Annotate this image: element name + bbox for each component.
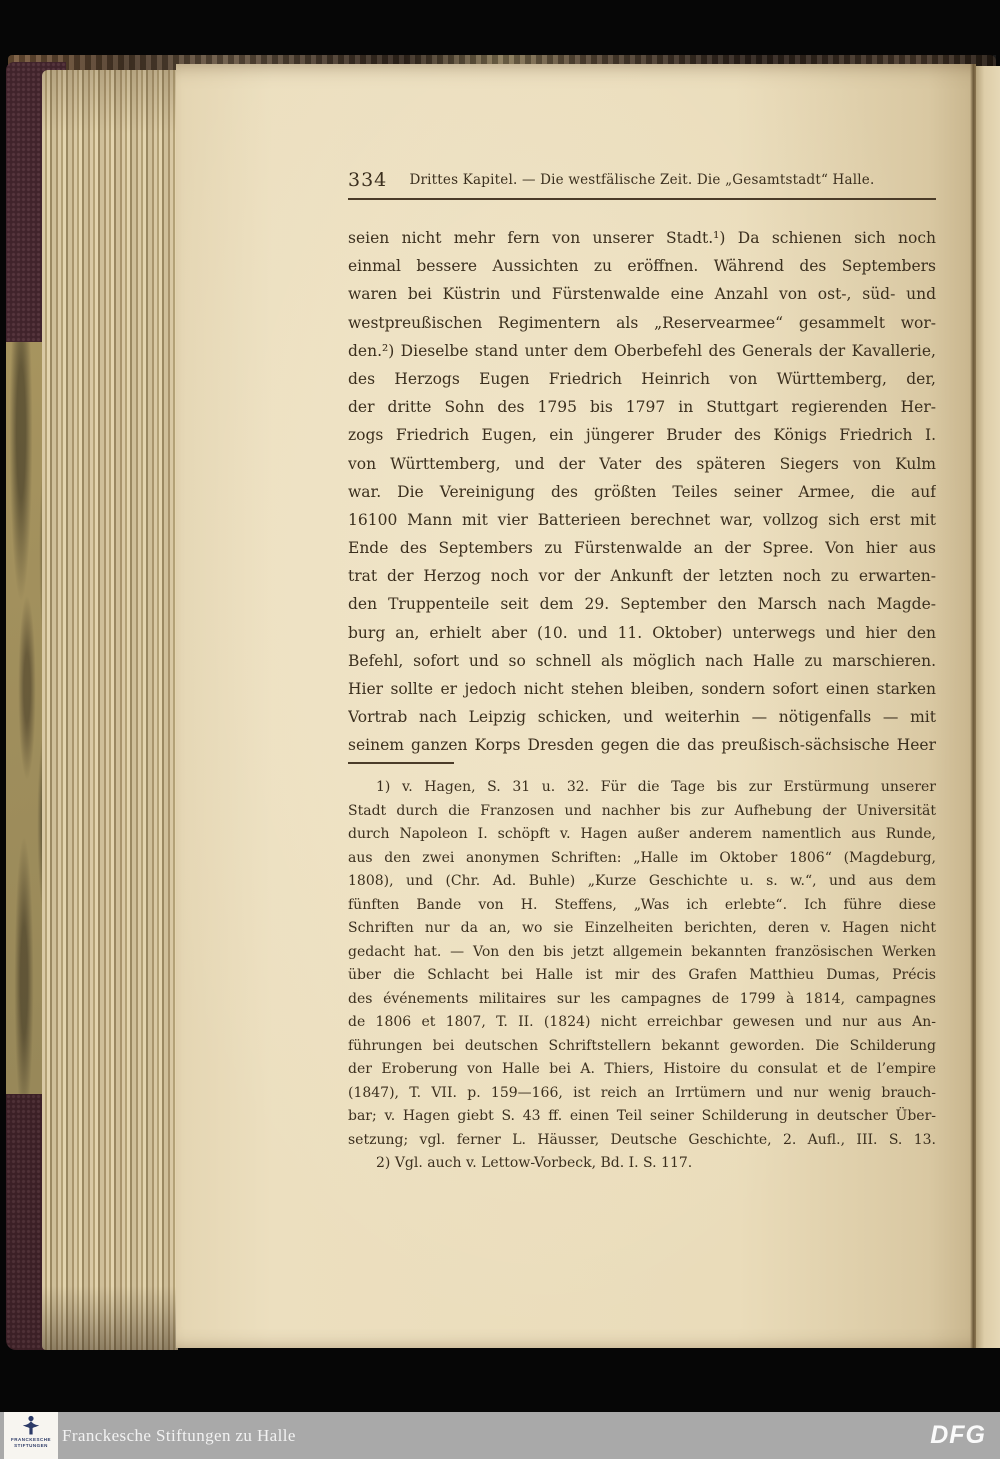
header-rule <box>348 198 936 200</box>
footnote-line: fünften Bande von H. Steffens, „Was ich … <box>348 894 936 918</box>
footnote-line: Schriften nur da an, wo sie Einzelheiten… <box>348 917 936 941</box>
body-line: Befehl, sofort und so schnell als möglic… <box>348 647 936 675</box>
scan-viewport: 334 Drittes Kapitel. — Die westfälische … <box>0 0 1000 1459</box>
footer-bar: FRANCKESCHE STIFTUNGEN Franckesche Stift… <box>0 1412 1000 1459</box>
dfg-logo: DFG <box>930 1412 986 1459</box>
logo-text-line2: STIFTUNGEN <box>4 1443 58 1449</box>
footnote-line: des événements militaires sur les campag… <box>348 988 936 1012</box>
footnote-line: 1) v. Hagen, S. 31 u. 32. Für die Tage b… <box>348 776 936 800</box>
footnote-separator <box>348 762 454 764</box>
body-line: den.²) Dieselbe stand unter dem Oberbefe… <box>348 337 936 365</box>
body-line: seinem ganzen Korps Dresden gegen die da… <box>348 731 936 759</box>
page-header: 334 Drittes Kapitel. — Die westfälische … <box>348 168 936 200</box>
footnote-line: der Eroberung von Halle bei A. Thiers, H… <box>348 1058 936 1082</box>
footnote-line: (1847), T. VII. p. 159—166, ist reich an… <box>348 1082 936 1106</box>
body-line: waren bei Küstrin und Fürstenwalde eine … <box>348 280 936 308</box>
footnote-line: über die Schlacht bei Halle ist mir des … <box>348 964 936 988</box>
body-line: Vortrab nach Leipzig schicken, und weite… <box>348 703 936 731</box>
body-line: zogs Friedrich Eugen, ein jüngerer Brude… <box>348 421 936 449</box>
body-line: burg an, erhielt aber (10. und 11. Oktob… <box>348 619 936 647</box>
body-line: 16100 Mann mit vier Batterieen berechnet… <box>348 506 936 534</box>
body-line: Hier sollte er jedoch nicht stehen bleib… <box>348 675 936 703</box>
gutter-crease <box>970 64 976 1348</box>
body-line: Ende des Septembers zu Fürstenwalde an d… <box>348 534 936 562</box>
body-line: der dritte Sohn des 1795 bis 1797 in Stu… <box>348 393 936 421</box>
footnote-line: 1808), und (Chr. Ad. Buhle) „Kurze Gesch… <box>348 870 936 894</box>
footnote-line: gedacht hat. — Von den bis jetzt allgeme… <box>348 941 936 965</box>
footnote-line: durch Napoleon I. schöpft v. Hagen außer… <box>348 823 936 847</box>
body-line: von Württemberg, und der Vater des späte… <box>348 450 936 478</box>
body-line: des Herzogs Eugen Friedrich Heinrich von… <box>348 365 936 393</box>
facing-page-sliver <box>976 66 1000 1348</box>
page-fore-edge-stack <box>42 70 178 1350</box>
body-line: war. Die Vereinigung des größten Teiles … <box>348 478 936 506</box>
footnote-line: de 1806 et 1807, T. II. (1824) nicht err… <box>348 1011 936 1035</box>
franckesche-stiftungen-logo: FRANCKESCHE STIFTUNGEN <box>4 1412 58 1459</box>
body-line: trat der Herzog noch vor der Ankunft der… <box>348 562 936 590</box>
logo-text-line1: FRANCKESCHE <box>4 1437 58 1443</box>
footnote-line: 2) Vgl. auch v. Lettow-Vorbeck, Bd. I. S… <box>348 1152 936 1176</box>
footnote-line: setzung; vgl. ferner L. Häusser, Deutsch… <box>348 1129 936 1153</box>
footnote-line: bar; v. Hagen giebt S. 43 ff. einen Teil… <box>348 1105 936 1129</box>
footnote-line: Stadt durch die Franzosen und nachher bi… <box>348 800 936 824</box>
body-text: seien nicht mehr fern von unserer Stadt.… <box>348 224 936 760</box>
footnotes: 1) v. Hagen, S. 31 u. 32. Für die Tage b… <box>348 776 936 1176</box>
body-line: westpreußischen Regimentern als „Reserve… <box>348 309 936 337</box>
running-header: Drittes Kapitel. — Die westfälische Zeit… <box>348 168 936 192</box>
page-number: 334 <box>348 168 387 192</box>
footnote-line: führungen bei deutschen Schriftstellern … <box>348 1035 936 1059</box>
body-line: seien nicht mehr fern von unserer Stadt.… <box>348 224 936 252</box>
footnote-line: aus den zwei anonymen Schriften: „Halle … <box>348 847 936 871</box>
institution-name: Franckesche Stiftungen zu Halle <box>62 1412 296 1459</box>
body-line: den Truppenteile seit dem 29. September … <box>348 590 936 618</box>
book-page: 334 Drittes Kapitel. — Die westfälische … <box>176 64 976 1348</box>
francke-eagle-sun-icon <box>19 1415 43 1437</box>
body-line: einmal bessere Aussichten zu eröffnen. W… <box>348 252 936 280</box>
